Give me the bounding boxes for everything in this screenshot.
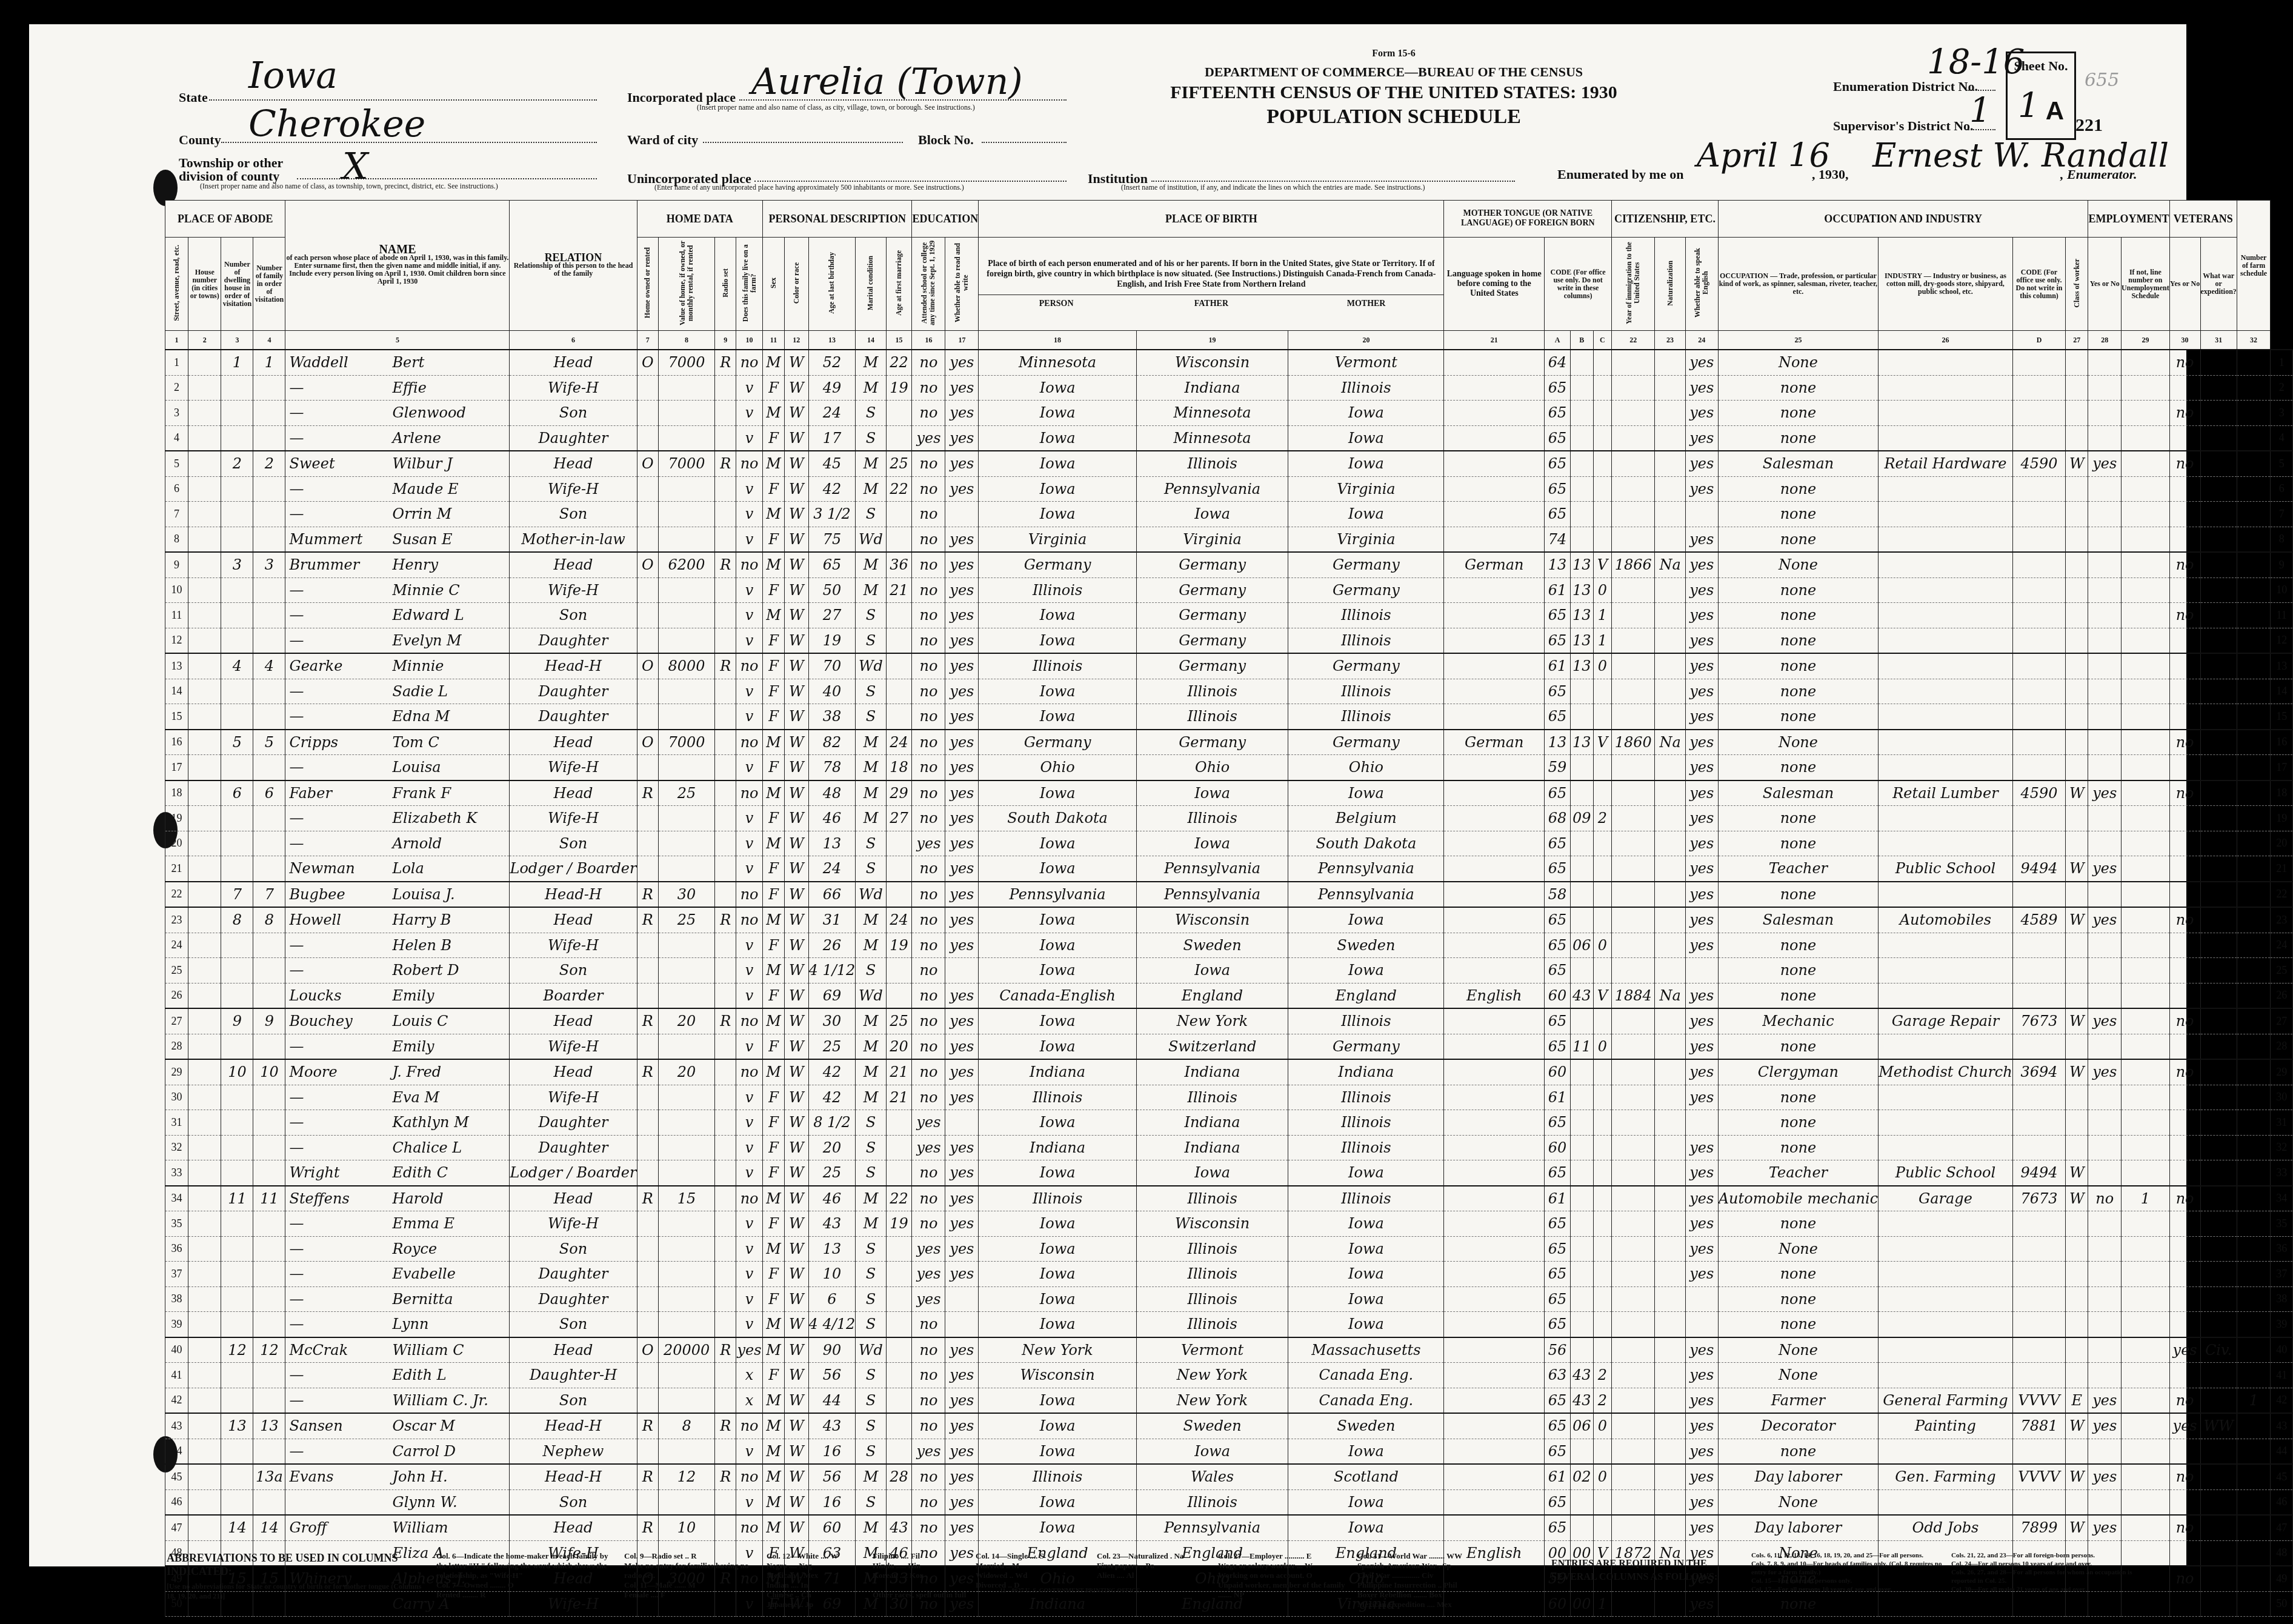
birthplace: Iowa [979, 704, 1136, 730]
code-a: 64 [1545, 350, 1571, 375]
table-row: 111WaddellBertHeadO7000RnoMW52M22noyesMi… [165, 350, 2293, 375]
code-d [2012, 882, 2066, 908]
house-number [188, 425, 221, 451]
sex: M [762, 1464, 784, 1489]
immigration-year [1612, 1312, 1655, 1337]
industry [1879, 552, 2013, 577]
line-number: 32 [2271, 1135, 2293, 1160]
farm-schedule [2237, 1337, 2270, 1363]
code-a: 61 [1545, 653, 1571, 679]
line-number: 6 [2271, 476, 2293, 502]
mother-tongue [1444, 1262, 1545, 1287]
mother-birthplace: Scotland [1288, 1464, 1444, 1489]
dwelling-number [221, 933, 253, 958]
code-b [1571, 1489, 1593, 1515]
age-first-marriage [886, 679, 912, 704]
race: W [785, 1464, 808, 1489]
speak-english: yes [1685, 552, 1718, 577]
dwelling-number: 12 [221, 1337, 253, 1363]
race: W [785, 1337, 808, 1363]
father-birthplace: Pennsylvania [1136, 1515, 1288, 1540]
given-name: Henry [392, 556, 438, 573]
farm-schedule [2237, 603, 2270, 628]
school: no [912, 350, 945, 375]
father-birthplace: Indiana [1136, 1135, 1288, 1160]
line-number: 19 [165, 806, 188, 831]
column-number: 25 [1718, 331, 1878, 350]
immigration-year [1612, 476, 1655, 502]
home-value [659, 831, 715, 856]
house-number [188, 1464, 221, 1489]
radio [715, 1489, 736, 1515]
code-c: 1 [1593, 603, 1612, 628]
age: 65 [808, 552, 856, 577]
line-number: 9 [165, 552, 188, 577]
header-read-write: Whether able to read and write [945, 238, 979, 331]
naturalization [1655, 375, 1686, 401]
dwelling-number [221, 1135, 253, 1160]
family-number [253, 856, 285, 882]
code-a: 65 [1545, 780, 1571, 806]
table-row: 1866FaberFrank FHeadR25noMW48M29noyesIow… [165, 780, 2293, 806]
mother-birthplace: Iowa [1288, 1286, 1444, 1312]
father-birthplace: England [1136, 983, 1288, 1008]
speak-english: yes [1685, 704, 1718, 730]
immigration-year [1612, 958, 1655, 983]
immigration-year [1612, 1337, 1655, 1363]
family-number [253, 527, 285, 552]
age-first-marriage: 24 [886, 907, 912, 933]
home-value [659, 1312, 715, 1337]
naturalization [1655, 1312, 1686, 1337]
naturalization [1655, 679, 1686, 704]
code-c [1593, 350, 1612, 375]
relation: Head-H [510, 653, 637, 679]
class-of-worker [2066, 882, 2088, 908]
table-row: 4513aEvansJohn H.Head-HR12RnoMW56M28noye… [165, 1464, 2293, 1489]
given-name: Evelyn M [392, 632, 461, 649]
owned-rented [637, 527, 659, 552]
house-number [188, 1211, 221, 1237]
table-row: 15—Edna MDaughtervFW38SnoyesIowaIllinois… [165, 704, 2293, 730]
person-name: —Emily [285, 1034, 510, 1059]
veteran: no [2169, 1388, 2200, 1413]
line-number: 43 [165, 1413, 188, 1439]
immigration-year [1612, 1034, 1655, 1059]
radio: R [715, 1413, 736, 1439]
code-c [1593, 1135, 1612, 1160]
class-of-worker: W [2066, 1413, 2088, 1439]
line-number: 39 [165, 1312, 188, 1337]
given-name: Chalice L [392, 1139, 462, 1156]
relation: Son [510, 1312, 637, 1337]
occupation: Mechanic [1718, 1008, 1878, 1034]
naturalization: Na [1655, 983, 1686, 1008]
speak-english: yes [1685, 1085, 1718, 1110]
unemployment-line [2122, 704, 2170, 730]
code-d [2012, 1286, 2066, 1312]
father-birthplace: Germany [1136, 628, 1288, 653]
farm-schedule [2237, 1363, 2270, 1388]
sex: F [762, 527, 784, 552]
school: no [912, 552, 945, 577]
unemployment-line [2122, 552, 2170, 577]
owned-rented [637, 1286, 659, 1312]
family-number: 13 [253, 1413, 285, 1439]
surname: Loucks [289, 987, 392, 1004]
home-value [659, 704, 715, 730]
unemployment-line [2122, 527, 2170, 552]
at-work [2088, 1034, 2122, 1059]
war [2200, 476, 2237, 502]
code-d [2012, 933, 2066, 958]
unemployment-line [2122, 653, 2170, 679]
sex: M [762, 730, 784, 755]
veteran [2169, 1211, 2200, 1237]
person-name: —Evelyn M [285, 628, 510, 653]
speak-english: yes [1685, 603, 1718, 628]
read-write: yes [945, 1135, 979, 1160]
given-name: Lynn [392, 1316, 428, 1333]
radio [715, 1262, 736, 1287]
house-number [188, 401, 221, 426]
veteran: yes [2169, 1337, 2200, 1363]
immigration-year [1612, 1211, 1655, 1237]
industry: Garage Repair [1879, 1008, 2013, 1034]
farm-schedule [2237, 1211, 2270, 1237]
code-a: 65 [1545, 856, 1571, 882]
radio [715, 1160, 736, 1186]
given-name: Edith C [392, 1164, 448, 1181]
incorporated-value: Aurelia (Town) [751, 61, 1023, 103]
school: no [912, 1337, 945, 1363]
relation: Head [510, 780, 637, 806]
person-name: SansenOscar M [285, 1413, 510, 1439]
war [2200, 856, 2237, 882]
mother-birthplace: Virginia [1288, 476, 1444, 502]
age: 25 [808, 1160, 856, 1186]
person-name: —Maude E [285, 476, 510, 502]
house-number [188, 1085, 221, 1110]
column-number: 18 [979, 331, 1136, 350]
sex: M [762, 1312, 784, 1337]
house-number [188, 1363, 221, 1388]
dwelling-number: 5 [221, 730, 253, 755]
naturalization [1655, 401, 1686, 426]
occupation: none [1718, 1110, 1878, 1136]
owned-rented [637, 375, 659, 401]
column-number: A [1545, 331, 1571, 350]
family-number [253, 1160, 285, 1186]
school: no [912, 882, 945, 908]
mother-tongue [1444, 1312, 1545, 1337]
age: 4 4/12 [808, 1312, 856, 1337]
read-write: yes [945, 1008, 979, 1034]
mother-tongue [1444, 1489, 1545, 1515]
column-number: 4 [253, 331, 285, 350]
immigration-year [1612, 451, 1655, 476]
industry [1879, 882, 2013, 908]
father-birthplace: Iowa [1136, 1439, 1288, 1464]
schedule-title: POPULATION SCHEDULE [1121, 105, 1666, 128]
father-birthplace: Indiana [1136, 1110, 1288, 1136]
age-first-marriage [886, 958, 912, 983]
code-b: 13 [1571, 628, 1593, 653]
unemployment-line [2122, 882, 2170, 908]
code-a: 65 [1545, 401, 1571, 426]
veteran [2169, 502, 2200, 527]
at-work [2088, 1110, 2122, 1136]
mother-tongue [1444, 882, 1545, 908]
dwelling-number [221, 1489, 253, 1515]
code-c: 0 [1593, 933, 1612, 958]
person-name: —Robert D [285, 958, 510, 983]
naturalization: Na [1655, 730, 1686, 755]
line-number: 3 [165, 401, 188, 426]
industry [1879, 1034, 2013, 1059]
at-work [2088, 1085, 2122, 1110]
surname: Moore [289, 1063, 392, 1080]
unemployment-line [2122, 1262, 2170, 1287]
naturalization [1655, 1515, 1686, 1540]
house-number [188, 1034, 221, 1059]
farm: yes [736, 1337, 763, 1363]
code-d [2012, 628, 2066, 653]
line-number: 7 [165, 502, 188, 527]
code-b [1571, 907, 1593, 933]
code-c [1593, 425, 1612, 451]
family-number [253, 375, 285, 401]
farm-schedule [2237, 1439, 2270, 1464]
person-name: CrippsTom C [285, 730, 510, 755]
school: no [912, 679, 945, 704]
home-value [659, 1110, 715, 1136]
surname: Mummert [289, 531, 392, 548]
table-row: 21NewmanLolaLodger / BoardervFW24SnoyesI… [165, 856, 2293, 882]
code-c [1593, 1160, 1612, 1186]
surname: — [289, 962, 392, 979]
relation: Boarder [510, 983, 637, 1008]
line-number: 12 [2271, 628, 2293, 653]
table-row: 46Glynn W.SonvMW16SnoyesIowaIllinoisIowa… [165, 1489, 2293, 1515]
radio [715, 1236, 736, 1262]
school: no [912, 1160, 945, 1186]
marital: M [856, 476, 886, 502]
birthplace: Iowa [979, 451, 1136, 476]
farm: v [736, 1312, 763, 1337]
race: W [785, 679, 808, 704]
race: W [785, 1413, 808, 1439]
school: no [912, 780, 945, 806]
given-name: Edward L [392, 607, 464, 624]
veteran [2169, 1363, 2200, 1388]
read-write: yes [945, 780, 979, 806]
marital: S [856, 1262, 886, 1287]
read-write: yes [945, 755, 979, 780]
family-number: 6 [253, 780, 285, 806]
farm: no [736, 730, 763, 755]
owned-rented: O [637, 1337, 659, 1363]
school: no [912, 1312, 945, 1337]
industry [1879, 983, 2013, 1008]
table-row: 431313SansenOscar MHead-HR8RnoMW43Snoyes… [165, 1413, 2293, 1439]
industry: Garage [1879, 1186, 2013, 1211]
veteran [2169, 1439, 2200, 1464]
class-of-worker [2066, 552, 2088, 577]
owned-rented [637, 425, 659, 451]
owned-rented [637, 679, 659, 704]
line-number: 27 [165, 1008, 188, 1034]
line-number: 1 [2271, 350, 2293, 375]
line-number: 26 [165, 983, 188, 1008]
speak-english: yes [1685, 856, 1718, 882]
code-b: 00 [1571, 1591, 1593, 1617]
farm-schedule [2237, 628, 2270, 653]
home-value [659, 806, 715, 831]
column-number: 29 [2122, 331, 2170, 350]
sex: F [762, 856, 784, 882]
institution-note: (Insert name of institution, if any, and… [1121, 183, 1425, 192]
family-number [253, 603, 285, 628]
age: 25 [808, 1034, 856, 1059]
sex: M [762, 1236, 784, 1262]
farm: no [736, 1186, 763, 1211]
veteran [2169, 806, 2200, 831]
naturalization [1655, 1008, 1686, 1034]
sex: F [762, 1363, 784, 1388]
surname: — [289, 835, 392, 852]
line-number: 28 [2271, 1034, 2293, 1059]
radio [715, 603, 736, 628]
birthplace: Illinois [979, 1186, 1136, 1211]
surname: — [289, 810, 392, 827]
relation: Wife-H [510, 806, 637, 831]
veteran: no [2169, 1464, 2200, 1489]
table-row: 14—Sadie LDaughtervFW40SnoyesIowaIllinoi… [165, 679, 2293, 704]
mother-tongue: English [1444, 983, 1545, 1008]
age-first-marriage: 22 [886, 476, 912, 502]
father-birthplace: Iowa [1136, 780, 1288, 806]
class-of-worker [2066, 1286, 2088, 1312]
birthplace: Iowa [979, 1515, 1136, 1540]
dwelling-number [221, 1236, 253, 1262]
marital: M [856, 1186, 886, 1211]
code-b [1571, 375, 1593, 401]
dwelling-number [221, 1262, 253, 1287]
mother-tongue [1444, 451, 1545, 476]
father-birthplace: Pennsylvania [1136, 856, 1288, 882]
veteran [2169, 856, 2200, 882]
immigration-year [1612, 755, 1655, 780]
school: no [912, 1211, 945, 1237]
relation: Son [510, 502, 637, 527]
sex: F [762, 755, 784, 780]
marital: M [856, 1008, 886, 1034]
unemployment-line [2122, 831, 2170, 856]
veteran [2169, 1262, 2200, 1287]
father-birthplace: New York [1136, 1363, 1288, 1388]
farm: v [736, 1085, 763, 1110]
family-number: 9 [253, 1008, 285, 1034]
read-write: yes [945, 451, 979, 476]
age-first-marriage [886, 1363, 912, 1388]
line-number: 28 [165, 1034, 188, 1059]
code-a: 65 [1545, 933, 1571, 958]
code-b [1571, 401, 1593, 426]
farm-schedule [2237, 831, 2270, 856]
class-of-worker [2066, 1085, 2088, 1110]
code-c: 2 [1593, 806, 1612, 831]
unincorporated-note: (Enter name of any unincorporated place … [654, 183, 964, 192]
immigration-year [1612, 1515, 1655, 1540]
class-of-worker [2066, 1363, 2088, 1388]
relation: Mother-in-law [510, 527, 637, 552]
person-name: —Arlene [285, 425, 510, 451]
race: W [785, 1363, 808, 1388]
occupation: None [1718, 1489, 1878, 1515]
read-write [945, 502, 979, 527]
table-row: 26LoucksEmilyBoardervFW69WdnoyesCanada-E… [165, 983, 2293, 1008]
occupation: none [1718, 1034, 1878, 1059]
line-number: 19 [2271, 806, 2293, 831]
farm-schedule [2237, 502, 2270, 527]
unemployment-line [2122, 780, 2170, 806]
at-work [2088, 603, 2122, 628]
line-number: 4 [165, 425, 188, 451]
at-work [2088, 1286, 2122, 1312]
father-birthplace: Illinois [1136, 704, 1288, 730]
race: W [785, 1085, 808, 1110]
industry: Retail Hardware [1879, 451, 2013, 476]
at-work [2088, 1211, 2122, 1237]
relation: Son [510, 401, 637, 426]
line-number: 30 [2271, 1085, 2293, 1110]
county-value: Cherokee [248, 103, 425, 145]
given-name: Effie [392, 379, 426, 396]
code-d [2012, 1085, 2066, 1110]
abbrev-col14: Col. 14—Single .... S Married .. M Widow… [976, 1551, 1091, 1590]
owned-rented [637, 1135, 659, 1160]
header-age-first-marriage: Age at first marriage [886, 238, 912, 331]
age: 38 [808, 704, 856, 730]
farm-schedule [2237, 1186, 2270, 1211]
naturalization [1655, 476, 1686, 502]
given-name: Eva M [392, 1089, 439, 1106]
abbrev-col27: Col. 27—Employer .......... E Wage or sa… [1218, 1551, 1351, 1600]
table-row: 2277BugbeeLouisa J.Head-HR30noFW66Wdnoye… [165, 882, 2293, 908]
father-birthplace: Wisconsin [1136, 907, 1288, 933]
father-birthplace: New York [1136, 1388, 1288, 1413]
mother-tongue [1444, 577, 1545, 603]
table-row: 38—BernittaDaughtervFW6SyesIowaIllinoisI… [165, 1286, 2293, 1312]
war [2200, 958, 2237, 983]
radio [715, 882, 736, 908]
table-row: 24—Helen BWife-HvFW26M19noyesIowaSwedenS… [165, 933, 2293, 958]
read-write: yes [945, 1337, 979, 1363]
family-number [253, 502, 285, 527]
house-number [188, 730, 221, 755]
father-birthplace: Germany [1136, 653, 1288, 679]
age: 16 [808, 1489, 856, 1515]
code-c [1593, 451, 1612, 476]
code-c [1593, 679, 1612, 704]
table-row: 39—LynnSonvMW4 4/12SnoIowaIllinoisIowa65… [165, 1312, 2293, 1337]
farm-schedule [2237, 806, 2270, 831]
sex: F [762, 1085, 784, 1110]
mother-birthplace: Iowa [1288, 907, 1444, 933]
family-number [253, 1489, 285, 1515]
sheet-number-box: Sheet No. 1 A [2006, 52, 2076, 140]
